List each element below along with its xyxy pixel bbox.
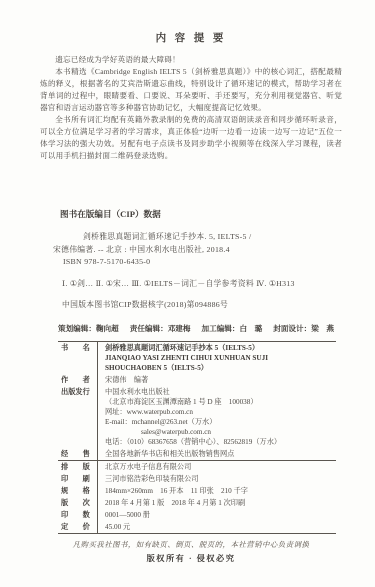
summary-paragraph: 全书所有词汇均配有英籍外教录制的免费的高清双语朗读录音和同步循环听录音，可以全方… xyxy=(40,114,342,162)
table-row-value: 剑桥雅思真题词汇循环速记手抄本 5（IELTS-5）JIANQIAO YASI … xyxy=(97,342,336,374)
table-row-value: 北京万水电子信息有限公司 xyxy=(97,461,336,473)
table-row-label: 印 数 xyxy=(58,509,97,521)
cip-section-title: 图书在版编目（CIP）数据 xyxy=(60,208,342,220)
table-row: 书 名剑桥雅思真题词汇循环速记手抄本 5（IELTS-5）JIANQIAO YA… xyxy=(58,342,336,374)
table-row-label: 出版发行 xyxy=(58,386,97,448)
table-row-value-line: 网址：www.waterpub.com.cn xyxy=(105,407,334,417)
table-row-value-line: 电话：（010）68367658（营销中心）、82562819（万水） xyxy=(105,437,334,447)
table-row-value-line: 剑桥雅思真题词汇循环速记手抄本 5（IELTS-5） xyxy=(105,343,334,353)
table-row-value-line: 北京万水电子信息有限公司 xyxy=(105,462,334,472)
table-row-value-line: JIANQIAO YASI ZHENTI CIHUI XUNHUAN SUJI xyxy=(105,353,334,363)
table-row-value-line: SHOUCHAOBEN 5（IELTS-5） xyxy=(105,363,334,373)
copyright-notice: 版权所有 · 侵权必究 xyxy=(40,553,342,564)
editor-credits: 策划编辑：鞠向超责任编辑：邓建梅加工编辑：白 璐封面设计：梁 燕 xyxy=(58,323,342,334)
editor-credit: 封面设计：梁 燕 xyxy=(273,323,334,334)
cip-registry-number: 中国版本图书馆CIP数据核字(2018)第094886号 xyxy=(62,299,342,310)
page-content: 内 容 提 要 遗忘已经成为学好英语的最大障碍！本书精选《Cambridge E… xyxy=(0,0,375,564)
table-row-value-line: 45.00 元 xyxy=(105,522,334,532)
summary-paragraphs: 遗忘已经成为学好英语的最大障碍！本书精选《Cambridge English I… xyxy=(40,54,342,162)
table-row-label: 排 版 xyxy=(58,461,97,473)
book-copyright-page: 内 容 提 要 遗忘已经成为学好英语的最大障碍！本书精选《Cambridge E… xyxy=(0,0,375,587)
content-summary-section: 内 容 提 要 遗忘已经成为学好英语的最大障碍！本书精选《Cambridge E… xyxy=(40,30,342,162)
table-row-value-line: 184mm×260mm 16 开本 11 印张 210 千字 xyxy=(105,486,334,496)
table-row: 印 刷三河市铭浩彩色印装有限公司 xyxy=(58,473,336,485)
table-row-value: 184mm×260mm 16 开本 11 印张 210 千字 xyxy=(97,485,336,497)
table-row: 作 者宋德伟 编著 xyxy=(58,374,336,386)
table-row: 经 售全国各地新华书店和相关出版物销售网点 xyxy=(58,448,336,461)
table-row-label: 定 价 xyxy=(58,521,97,533)
table-row-value-line: （北京市海淀区玉渊潭南路 1 号 D 座 100038） xyxy=(105,397,334,407)
table-row: 规 格184mm×260mm 16 开本 11 印张 210 千字 xyxy=(58,485,336,497)
table-row-value-line: 宋德伟 编著 xyxy=(105,375,334,385)
table-row-value: 宋德伟 编著 xyxy=(97,374,336,386)
table-row-label: 作 者 xyxy=(58,374,97,386)
table-row-label: 规 格 xyxy=(58,485,97,497)
cip-section: 图书在版编目（CIP）数据 剑桥雅思真题词汇循环速记手抄本. 5, IELTS-… xyxy=(40,208,342,310)
table-row: 印 数0001—5000 册 xyxy=(58,509,336,521)
cip-record: 剑桥雅思真题词汇循环速记手抄本. 5, IELTS-5 /宋德伟编著. -- 北… xyxy=(53,231,342,269)
table-row-label: 版 次 xyxy=(58,497,97,509)
summary-paragraph: 遗忘已经成为学好英语的最大障碍！ xyxy=(40,54,342,66)
table-row-value: 三河市铭浩彩色印装有限公司 xyxy=(97,473,336,485)
table-row: 排 版北京万水电子信息有限公司 xyxy=(58,461,336,473)
table-row-value-line: 2018 年 4 月第 1 版 2018 年 4 月第 1 次印刷 xyxy=(105,498,334,508)
summary-paragraph: 本书精选《Cambridge English IELTS 5（剑桥雅思真题）》中… xyxy=(40,66,342,114)
table-row-label: 书 名 xyxy=(58,342,97,374)
table-row-value: 0001—5000 册 xyxy=(97,509,336,521)
table-row-label: 经 售 xyxy=(58,448,97,460)
table-row-value-line: 中国水利水电出版社 xyxy=(105,387,334,397)
table-row-value-line: 三河市铭浩彩色印装有限公司 xyxy=(105,474,334,484)
cip-record-line: ISBN 978-7-5170-6435-0 xyxy=(53,256,342,269)
table-row-value: 中国水利水电出版社（北京市海淀区玉渊潭南路 1 号 D 座 100038）网址：… xyxy=(97,386,336,448)
exchange-notice: 凡购买我社图书，如有缺页、倒页、脱页的，本社营销中心负责调换 xyxy=(40,539,342,550)
table-row-value: 2018 年 4 月第 1 版 2018 年 4 月第 1 次印刷 xyxy=(97,497,336,509)
editor-credit: 责任编辑：邓建梅 xyxy=(130,323,191,334)
cip-record-line: 宋德伟编著. -- 北京 : 中国水利水电出版社, 2018.4 xyxy=(53,244,342,257)
cip-record-line: 剑桥雅思真题词汇循环速记手抄本. 5, IELTS-5 / xyxy=(53,231,342,244)
table-row: 定 价45.00 元 xyxy=(58,521,336,533)
content-summary-title: 内 容 提 要 xyxy=(40,30,342,45)
editor-credit: 加工编辑：白 璐 xyxy=(202,323,263,334)
cip-classification: Ⅰ. ①剑… Ⅱ. ①宋… Ⅲ. ①IELTS－词汇－自学参考资料 Ⅳ. ①H3… xyxy=(48,278,304,290)
editor-credit: 策划编辑：鞠向超 xyxy=(58,323,119,334)
table-row-value-line: sales@waterpub.com.cn xyxy=(105,427,334,437)
table-row-value-line: E-mail：mchannel@263.net（万水） xyxy=(105,417,334,427)
table-row-value: 45.00 元 xyxy=(97,521,336,533)
table-row-value: 全国各地新华书店和相关出版物销售网点 xyxy=(97,448,336,460)
publication-table: 书 名剑桥雅思真题词汇循环速记手抄本 5（IELTS-5）JIANQIAO YA… xyxy=(58,341,336,534)
table-row-label: 印 刷 xyxy=(58,473,97,485)
table-row-value-line: 全国各地新华书店和相关出版物销售网点 xyxy=(105,449,334,459)
table-row: 出版发行中国水利水电出版社（北京市海淀区玉渊潭南路 1 号 D 座 100038… xyxy=(58,386,336,448)
table-row: 版 次2018 年 4 月第 1 版 2018 年 4 月第 1 次印刷 xyxy=(58,497,336,509)
table-row-value-line: 0001—5000 册 xyxy=(105,510,334,520)
